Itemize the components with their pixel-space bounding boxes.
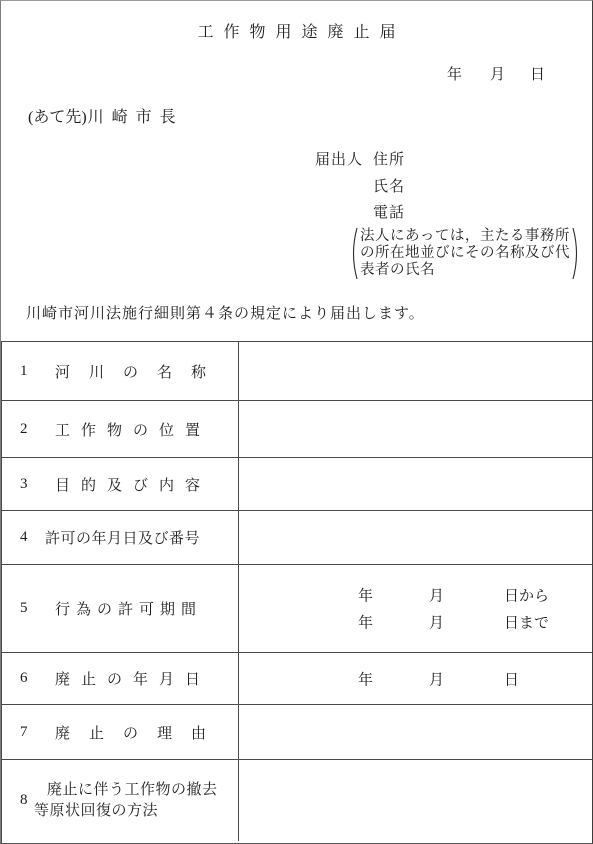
row-label: 行為の許可期間 (55, 598, 202, 619)
header-date-day-label: 日 (530, 63, 545, 84)
day-from-label: 日から (504, 585, 549, 606)
table-row-permit-date-number: 4 許可の年月日及び番号 (2, 510, 593, 564)
declaration-sentence: 川崎市河川法施行細則第４条の規定により届出します。 (26, 302, 425, 323)
abolition-date-line: 年 月 日 (239, 665, 593, 692)
row-2-value-cell (239, 401, 593, 457)
table-row-abolition-reason: 7 廃止の理由 (2, 704, 593, 759)
corporate-note-text: 法人にあっては，主たる事務所 の所在地並びにその名称及び代 表者の氏名 (358, 227, 572, 280)
row-label: 廃止の理由 (55, 722, 225, 743)
applicant-address-label: 住所 (373, 148, 405, 169)
table-row-river-name: 1 河川の名称 (2, 342, 593, 400)
row-3-label-cell: 3 目的及び内容 (2, 458, 239, 510)
addressee-line: (あて先)川崎市長 (28, 104, 184, 127)
row-7-value-cell (239, 705, 593, 759)
corporate-note-line: 表者の氏名 (360, 262, 570, 279)
row-number: 7 (20, 724, 55, 741)
applicant-name-label: 氏名 (373, 175, 405, 196)
row-number: 4 (20, 529, 45, 546)
header-date-month-label: 月 (490, 63, 505, 84)
row-label: 許可の年月日及び番号 (45, 527, 200, 548)
row-5-value-cell: 年 月 日から 年 月 日まで (239, 565, 593, 652)
form-page: 工作物用途廃止届 年 月 日 (あて先)川崎市長 届出人 住所 氏名 電話 法人… (0, 0, 593, 844)
corporate-note-line: の所在地並びにその名称及び代 (360, 245, 570, 262)
row-number: 8 (20, 792, 34, 809)
row-label: 廃止の年月日 (55, 668, 211, 689)
table-row-permit-period: 5 行為の許可期間 年 月 日から 年 月 日まで (2, 564, 593, 652)
row-label: 廃止に伴う工作物の撤去 等原状回復の方法 (34, 780, 218, 822)
row-1-label-cell: 1 河川の名称 (2, 342, 239, 400)
day-label: 日 (504, 668, 519, 689)
addressee-name: 川崎市長 (88, 109, 184, 126)
row-number: 2 (20, 421, 55, 438)
year-label: 年 (358, 668, 373, 689)
month-label: 月 (429, 668, 444, 689)
table-row-purpose-content: 3 目的及び内容 (2, 457, 593, 510)
close-paren-glyph (572, 227, 581, 280)
applicant-label: 届出人 (315, 148, 363, 169)
year-label: 年 (358, 612, 373, 633)
row-number: 3 (20, 476, 55, 493)
row-label: 河川の名称 (55, 361, 225, 382)
row-label: 目的及び内容 (55, 474, 211, 495)
row-label-line: 廃止に伴う工作物の撤去 (34, 780, 218, 801)
row-6-label-cell: 6 廃止の年月日 (2, 653, 239, 704)
form-table: 1 河川の名称 2 工作物の位置 3 目的及び内容 4 許可の年月日及び番号 (1, 341, 593, 844)
table-row-abolition-date: 6 廃止の年月日 年 月 日 (2, 652, 593, 704)
row-8-label-cell: 8 廃止に伴う工作物の撤去 等原状回復の方法 (2, 760, 239, 841)
open-paren-glyph (349, 227, 358, 280)
table-row-structure-location: 2 工作物の位置 (2, 400, 593, 457)
day-to-label: 日まで (504, 612, 549, 633)
row-number: 1 (20, 363, 55, 380)
row-5-label-cell: 5 行為の許可期間 (2, 565, 239, 652)
row-7-label-cell: 7 廃止の理由 (2, 705, 239, 759)
corporate-note-line: 法人にあっては，主たる事務所 (360, 228, 570, 245)
row-number: 5 (20, 600, 55, 617)
row-8-value-cell (239, 760, 593, 841)
table-row-restoration-method: 8 廃止に伴う工作物の撤去 等原状回復の方法 (2, 759, 593, 841)
applicant-phone-label: 電話 (373, 201, 405, 222)
form-title: 工作物用途廃止届 (1, 19, 592, 42)
row-label-line: 等原状回復の方法 (34, 801, 218, 822)
period-from-line: 年 月 日から (239, 582, 593, 609)
row-2-label-cell: 2 工作物の位置 (2, 401, 239, 457)
month-label: 月 (429, 585, 444, 606)
header-date-year-label: 年 (447, 63, 462, 84)
row-4-value-cell (239, 511, 593, 564)
row-number: 6 (20, 670, 55, 687)
row-6-value-cell: 年 月 日 (239, 653, 593, 704)
row-label: 工作物の位置 (55, 419, 211, 440)
row-3-value-cell (239, 458, 593, 510)
addressee-prefix: (あて先) (28, 109, 87, 126)
row-4-label-cell: 4 許可の年月日及び番号 (2, 511, 239, 564)
month-label: 月 (429, 612, 444, 633)
corporate-note: 法人にあっては，主たる事務所 の所在地並びにその名称及び代 表者の氏名 (349, 227, 581, 280)
year-label: 年 (358, 585, 373, 606)
row-1-value-cell (239, 342, 593, 400)
period-to-line: 年 月 日まで (239, 609, 593, 636)
